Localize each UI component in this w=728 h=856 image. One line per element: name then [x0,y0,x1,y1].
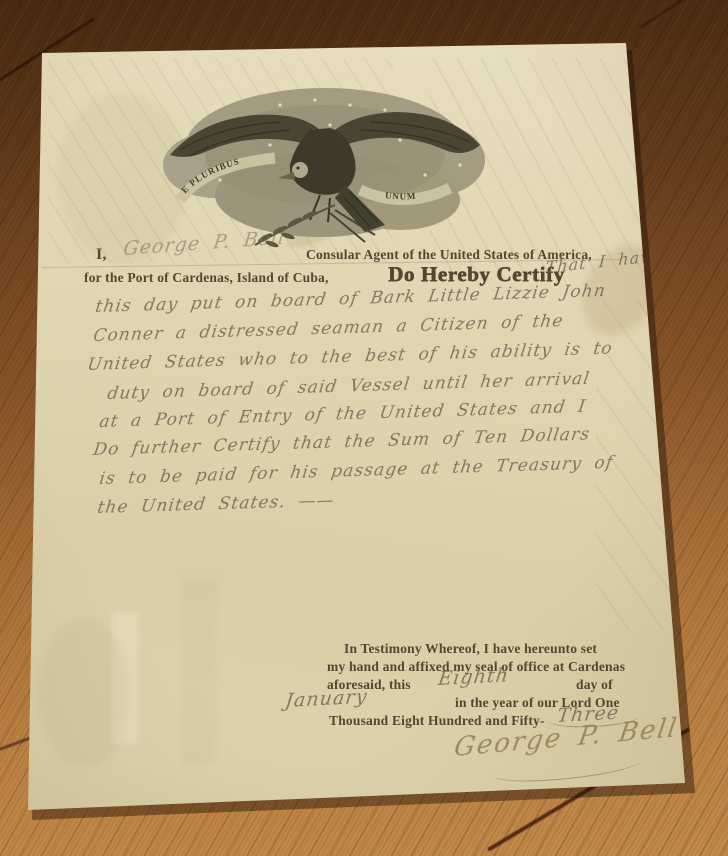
handwritten-body-line: the United States. —— [96,490,336,518]
ribbon-text-right: UNUM [384,190,416,202]
handwritten-body-line: is to be paid for his passage at the Tre… [98,453,615,489]
printed-testimony-line-1: In Testimony Whereof, I have hereunto se… [344,641,597,657]
printed-port-line: for the Port of Cardenas, Island of Cuba… [84,270,329,286]
printed-testimony-line-1-rest: I have hereunto set [480,641,597,656]
handwritten-body-line: Conner a distressed seaman a Citizen of … [92,311,565,346]
printed-day-of: day of [576,677,613,693]
photo-of-certificate: E PLURIBUS UNUM I, George P. Bell Consul… [0,0,728,856]
printed-testimony-lead: In Testimony Whereof, [344,641,480,656]
handwritten-month: January [284,686,369,712]
signature-flourish-underline [492,756,645,787]
paper-stain [38,618,130,768]
paper-watermark-band [182,580,216,765]
svg-text:UNUM: UNUM [384,190,416,202]
handwritten-day: Eighth [437,664,510,690]
printed-pronoun: I, [96,246,107,264]
document-paper: E PLURIBUS UNUM I, George P. Bell Consul… [0,0,728,856]
